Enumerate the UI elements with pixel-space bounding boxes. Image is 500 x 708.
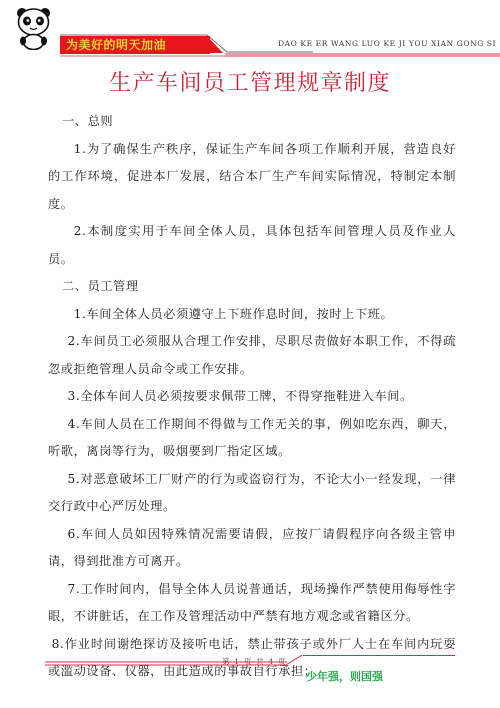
panda-logo-icon	[14, 6, 54, 50]
footer-slogan: 少年强，则国强	[306, 668, 383, 684]
header-company-pinyin: DAO KE ER WANG LUO KE JI YOU XIAN GONG S…	[278, 39, 496, 48]
paragraph: 2.本制度实用于车间全体人员，具体包括车间管理人员及作业人员。	[48, 218, 456, 273]
paragraph: 5.对恶意破坏工厂财产的行为或盗窃行为，不论大小一经发现，一律交行政中心严厉处理…	[48, 466, 456, 521]
document-title: 生产车间员工管理规章制度	[0, 66, 500, 97]
paragraph: 7.工作时间内，倡导全体人员说普通话，现场操作严禁使用侮辱性字眼，不讲脏话，在工…	[48, 576, 456, 631]
section-heading-staff-management: 二、员工管理	[48, 273, 456, 301]
paragraph: 1.车间全体人员必须遵守上下班作息时间，按时上下班。	[48, 301, 456, 329]
section-heading-general: 一、总则	[48, 108, 456, 136]
paragraph: 3.全体车间人员必须按要求佩带工牌，不得穿拖鞋进入车间。	[48, 383, 456, 411]
paragraph: 4.车间人员在工作期间不得做与工作无关的事，例如吃东西，聊天，听歌，离岗等行为，…	[48, 411, 456, 466]
paragraph: 6.车间人员如因特殊情况需要请假，应按厂请假程序向各级主管申请，得到批准方可离开…	[48, 521, 456, 576]
paragraph: 1.为了确保生产秩序，保证生产车间各项工作顺利开展，营造良好的工作环境，促进本厂…	[48, 136, 456, 219]
header-banner-text: 为美好的明天加油	[66, 37, 166, 53]
document-body: 一、总则 1.为了确保生产秩序，保证生产车间各项工作顺利开展，营造良好的工作环境…	[48, 108, 456, 686]
paragraph: 2.车间员工必须服从合理工作安排，尽职尽责做好本职工作，不得疏忽或拒绝管理人员命…	[48, 328, 456, 383]
footer-decorative-lines	[0, 655, 500, 685]
